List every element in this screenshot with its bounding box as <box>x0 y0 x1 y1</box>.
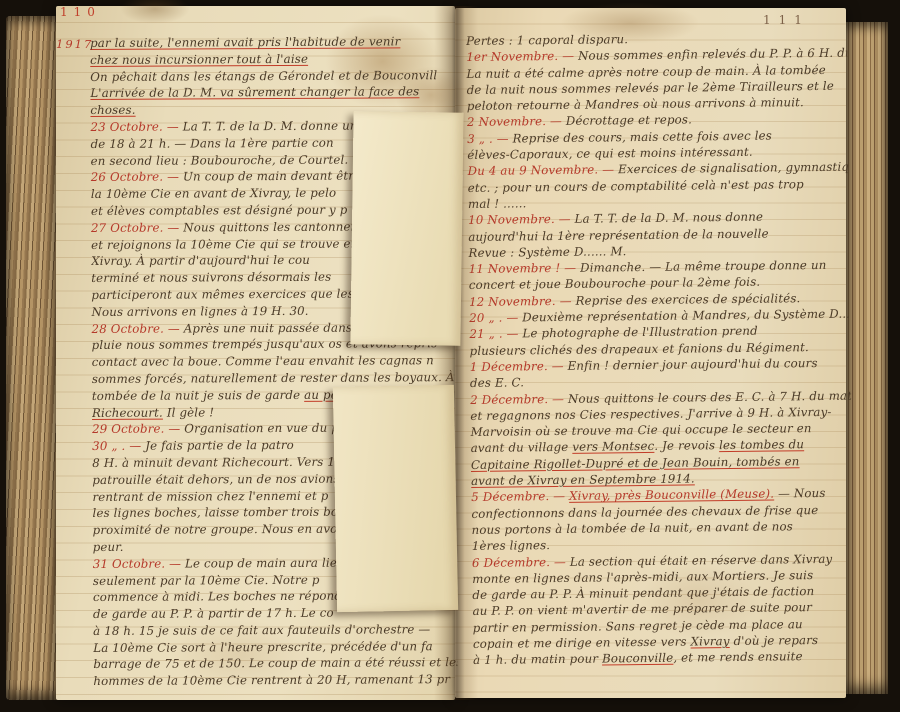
red-ink-text: 12 Novembre. — <box>469 294 576 309</box>
red-ink-text: Xivray, près Bouconville (Meuse). <box>569 487 774 503</box>
red-ink-text: 29 Octobre. — <box>92 422 184 436</box>
manuscript-line: hommes de la 10ème Cie rentrent à 20 H, … <box>93 671 457 690</box>
ink-text: commence à midi. Les boches ne répond <box>93 589 342 604</box>
manuscript-line: On pêchait dans les étangs de Gérondel e… <box>90 67 454 86</box>
ink-text: participeront aux mêmes exercices que le… <box>91 287 365 302</box>
ink-text: d'où je repars <box>730 633 819 648</box>
ink-text: Revue : Système D...... M. <box>468 244 626 260</box>
red-ink-text: 23 Octobre. — <box>90 120 182 134</box>
red-ink-text: 2 Décembre. — <box>470 391 568 406</box>
right-page-text: Pertes : 1 caporal disparu.1er Novembre.… <box>466 29 854 683</box>
ink-text: Nous quittons le cours des E. C. à 7 H. … <box>568 388 854 405</box>
ink-text: Reprise des cours, mais cette fois avec … <box>512 128 772 145</box>
ink-text: les tombes du <box>719 438 804 453</box>
ink-text: — Nous <box>774 486 826 501</box>
manuscript-line: La 10ème Cie sort à l'heure prescrite, p… <box>93 638 457 657</box>
ink-text: . Je revois <box>654 439 719 454</box>
page-number-right: 111 <box>763 13 810 27</box>
ink-text: Décrottage et repos. <box>566 113 692 128</box>
ink-text: La T. T. de la D. M. nous donne <box>575 210 764 226</box>
ink-text: terminé et nous suivrons désormais les <box>91 270 331 285</box>
ink-text: la 10ème Cie en avant de Xivray, le pelo <box>91 186 337 201</box>
page-edges-left <box>6 16 60 700</box>
ink-text: vers Montsec <box>572 439 654 454</box>
ink-text: Xivray. À partir d'aujourd'hui le cou <box>91 253 310 268</box>
ink-text: tombée de la nuit je suis de garde <box>92 388 304 403</box>
ink-text: avant de Xivray en Septembre 1914. <box>471 471 695 488</box>
ink-text: Je fais partie de la patro <box>145 438 294 453</box>
red-ink-text: 28 Octobre. — <box>92 321 184 335</box>
red-ink-text: 26 Octobre. — <box>91 170 183 184</box>
red-ink-text: 1er Novembre. — <box>466 49 578 64</box>
red-ink-text: 10 Novembre. — <box>468 212 575 227</box>
ink-text: Le coup de main aura lieu e <box>185 555 356 570</box>
ink-text: L'arrivée de la D. M. va sûrement change… <box>90 85 419 101</box>
ink-text: Nous sommes enfin relevés du P. P. à 6 H… <box>578 45 854 63</box>
scanned-notebook-spread: 110 1917 111 par la suite, l'ennemi avai… <box>0 0 900 712</box>
ink-text: nous portons à la tombée de la nuit, en … <box>472 519 793 537</box>
ink-text: Reprise des exercices de spécialités. <box>575 291 800 308</box>
red-ink-text: 31 Octobre. — <box>93 556 185 570</box>
ink-text: On pêchait dans les étangs de Gérondel e… <box>90 68 437 84</box>
red-ink-text: 3 „ . — <box>467 131 513 146</box>
ink-text: La T. T. de la D. M. donne une <box>183 119 365 134</box>
ink-text: Deuxième représentation à Mandres, du Sy… <box>522 306 854 324</box>
ink-text: copain et me dirige en vitesse vers <box>473 634 691 650</box>
ink-text: Capitaine Rigollet-Dupré et de Jean Boui… <box>471 454 800 472</box>
ink-text: 1ères lignes. <box>472 538 550 553</box>
red-ink-text: 5 Décembre. — <box>471 489 569 504</box>
ink-text: Exercices de signalisation, gymnastique, <box>618 160 854 177</box>
ink-text: aujourd'hui la 1ère représentation de la… <box>468 226 769 243</box>
ink-text: Xivray <box>690 634 729 648</box>
ink-text: Il gèle ! <box>163 405 214 419</box>
ink-text: à 1 h. du matin pour <box>473 652 602 667</box>
ink-text: Bouconville <box>602 651 673 666</box>
ink-text: de 18 à 21 h. — Dans la 1ère partie con <box>91 136 334 151</box>
red-ink-text: 11 Novembre ! — <box>469 261 581 276</box>
ink-text: choses. <box>90 103 135 117</box>
manuscript-line: à 18 h. 15 je suis de ce fait aux fauteu… <box>93 621 457 640</box>
red-ink-text: Du 4 au 9 Novembre. — <box>467 163 618 179</box>
ink-text: concert et joue Boubouroche pour la 2ème… <box>469 275 761 292</box>
margin-year-label: 1917 <box>56 37 93 51</box>
red-ink-text: 20 „ . — <box>469 310 522 325</box>
ink-text: sommes forcés, naturellement de rester d… <box>92 370 455 386</box>
manuscript-line: barrage de 75 et de 150. Le coup de main… <box>93 655 457 674</box>
ink-text: à 18 h. 15 je suis de ce fait aux fauteu… <box>93 622 430 638</box>
ink-text: La section qui était en réserve dans Xiv… <box>570 551 833 568</box>
page-number-left: 110 <box>60 5 101 19</box>
ink-text: les lignes boches, laisse tomber trois b… <box>92 505 338 520</box>
ink-text: Richecourt. <box>92 405 163 419</box>
ink-text: hommes de la 10ème Cie rentrent à 20 H, … <box>93 672 450 688</box>
ink-text: avant du village <box>471 440 573 455</box>
ink-text: barrage de 75 et de 150. Le coup de main… <box>93 656 457 672</box>
ink-text: de garde au P. P. à partir de 17 h. Le c… <box>93 606 334 621</box>
ink-text: patrouille était dehors, un de nos avion… <box>92 471 339 486</box>
red-ink-text: 1 Décembre. — <box>470 359 568 374</box>
red-ink-text: 21 „ . — <box>469 327 522 342</box>
ink-text: proximité de notre groupe. Nous en avons <box>93 522 352 537</box>
ink-text: Pertes : 1 caporal disparu. <box>466 32 628 48</box>
ink-text: , et me rends ensuite <box>673 650 802 665</box>
manuscript-line: à 1 h. du matin pour Bouconville, et me … <box>473 648 854 669</box>
ink-text: etc. ; pour un cours de comptabilité cel… <box>468 177 804 195</box>
red-ink-text: 27 Octobre. — <box>91 220 183 234</box>
ink-text: peloton retourne à Mandres où nous arriv… <box>467 95 804 113</box>
inserted-blank-sheet-bottom <box>333 385 458 612</box>
ink-text: en second lieu : Boubouroche, de Courtel… <box>91 152 349 167</box>
manuscript-line: L'arrivée de la D. M. va sûrement change… <box>90 83 454 102</box>
manuscript-line: contact avec la boue. Comme l'eau envahi… <box>92 352 456 371</box>
ink-text: Enfin ! dernier jour aujourd'hui du cour… <box>567 356 817 373</box>
ink-text: Dimanche. — La même troupe donne un <box>580 258 827 275</box>
ink-text: des E. C. <box>470 376 524 391</box>
red-ink-text: 2 Novembre. — <box>467 114 566 129</box>
ink-text: chez nous incursionner tout à l'aise <box>90 52 308 67</box>
ink-text: La 10ème Cie sort à l'heure prescrite, p… <box>93 639 433 655</box>
inserted-blank-sheet-top <box>350 111 463 346</box>
ink-text: Après une nuit passée dans <box>184 320 353 335</box>
ink-text: rentrant de mission chez l'ennemi et p <box>92 488 328 503</box>
ink-text: et rejoignons la 10ème Cie qui se trouve… <box>91 236 358 251</box>
red-ink-text: 30 „ . — <box>92 439 145 453</box>
ink-text: élèves-Caporaux, ce qui est moins intére… <box>467 145 753 162</box>
ink-text: contact avec la boue. Comme l'eau envahi… <box>92 353 434 369</box>
ink-text: et élèves comptables est désigné pour y … <box>91 203 348 218</box>
ink-text: peur. <box>93 540 124 554</box>
manuscript-line: chez nous incursionner tout à l'aise <box>90 50 454 69</box>
ink-text: par la suite, l'ennemi avait pris l'habi… <box>90 34 400 50</box>
ink-text: seulement par la 10ème Cie. Notre p <box>93 572 320 587</box>
ink-text: Le photographe de l'Illustration prend <box>522 324 757 341</box>
manuscript-line: par la suite, l'ennemi avait pris l'habi… <box>90 33 454 52</box>
red-ink-text: 6 Décembre. — <box>472 554 570 569</box>
ink-text: Nous arrivons en lignes à 19 H. 30. <box>91 304 308 319</box>
ink-text: 8 H. à minuit devant Richecourt. Vers 11 <box>92 455 343 470</box>
ink-text: Un coup de main devant être <box>183 169 361 184</box>
ink-text: mal ! ...... <box>468 196 527 211</box>
